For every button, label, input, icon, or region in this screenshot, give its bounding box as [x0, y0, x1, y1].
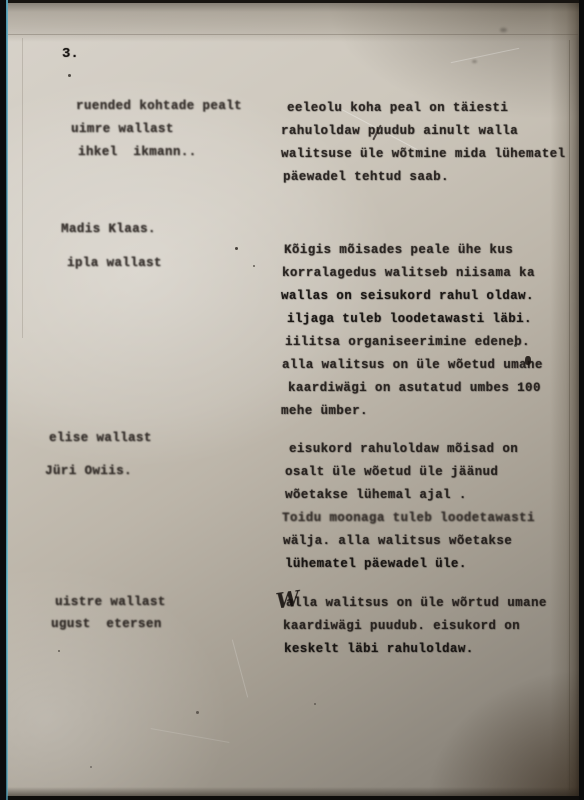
- typed-line-left: Madis Klaas.: [61, 222, 156, 236]
- typed-line: mehe ümber.: [281, 404, 368, 418]
- typed-line: wälja. alla walitsus wõetakse: [283, 534, 512, 548]
- ink-speck: [68, 74, 71, 77]
- ink-speck: [253, 265, 255, 267]
- film-frame-right: [579, 0, 584, 800]
- typed-line: eisukord rahuloldaw mõisad on: [289, 442, 518, 456]
- typed-line: kaardiwägi puudub. eisukord on: [283, 619, 520, 633]
- typed-line-left: ruended kohtade pealt: [76, 99, 242, 113]
- film-photo-of-document: 3. ruended kohtade pealt uimre wallast i…: [0, 0, 584, 800]
- typed-line: walitsuse üle wõtmine mida lühematel: [281, 147, 565, 161]
- document-page: [0, 0, 584, 800]
- handwritten-w-correction: W: [274, 585, 301, 613]
- typed-line-left: ugust etersen: [51, 617, 162, 631]
- typed-line: wõetakse lühemal ajal .: [285, 488, 467, 502]
- ink-speck: [235, 247, 238, 250]
- typed-line: rahuloldaw puudub ainult walla: [281, 124, 518, 138]
- typed-line: eeleolu koha peal on täiesti: [287, 101, 508, 115]
- film-edge-cyan-line: [6, 0, 8, 800]
- film-frame-bottom: [0, 796, 584, 800]
- typed-line-left: uistre wallast: [55, 595, 166, 609]
- typed-line-left: ihkel ikmann..: [78, 145, 197, 159]
- typed-line: iljaga tuleb loodetawasti läbi.: [287, 312, 532, 326]
- ink-speck: [314, 703, 316, 705]
- typed-line: iilitsa organiseerimine edeneb.: [285, 335, 530, 349]
- typed-line: Toidu moonaga tuleb loodetawasti: [282, 511, 535, 525]
- ink-speck: [58, 650, 60, 652]
- frame-shadow: [0, 787, 584, 796]
- typed-line: korralagedus walitseb niisama ka: [282, 266, 535, 280]
- page-number: 3.: [62, 46, 79, 62]
- film-frame-top: [0, 0, 584, 3]
- smudge: [500, 28, 507, 32]
- typed-line-left: elise wallast: [49, 431, 152, 445]
- ink-speck: [196, 711, 199, 714]
- paper-left-edge: [22, 38, 23, 338]
- typed-line: osalt üle wõetud üle jäänud: [285, 465, 498, 479]
- typed-line: keskelt läbi rahuloldaw.: [284, 642, 474, 656]
- ink-speck: [90, 766, 92, 768]
- typed-line: kaardiwägi on asutatud umbes 100: [288, 381, 541, 395]
- ink-blot: [525, 356, 531, 365]
- typed-line: alla walitsus on üle wõetud umane: [282, 358, 543, 372]
- typed-line-left: ipla wallast: [67, 256, 162, 270]
- typed-line: alla walitsus on üle wõrtud umane: [286, 596, 547, 610]
- paper-top-edge: [8, 34, 578, 35]
- smudge: [472, 60, 477, 63]
- typed-line: Kõigis mõisades peale ühe kus: [284, 243, 513, 257]
- ink-speck: [514, 344, 517, 347]
- typed-line-left: Jüri Owiis.: [45, 464, 132, 478]
- typed-line: päewadel tehtud saab.: [283, 170, 449, 184]
- typed-line-left: uimre wallast: [71, 122, 174, 136]
- typed-line: wallas on seisukord rahul oldaw.: [281, 289, 534, 303]
- paper-right-edge: [569, 40, 570, 790]
- typed-line: lühematel päewadel üle.: [285, 557, 467, 571]
